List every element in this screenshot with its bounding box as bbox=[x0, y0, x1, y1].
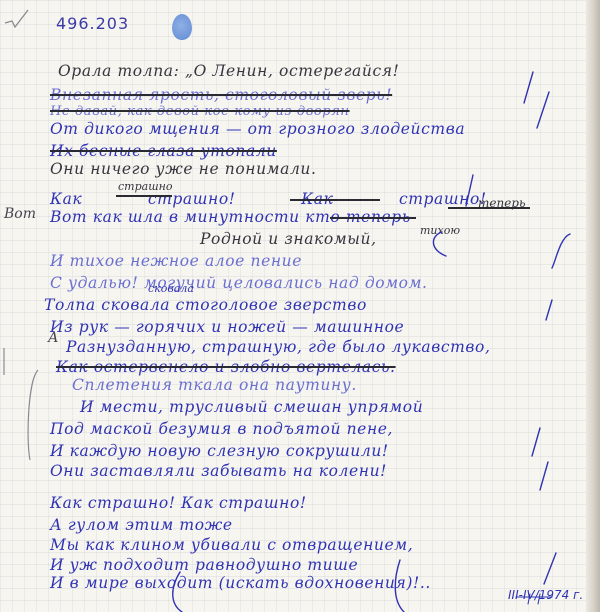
ink-blot bbox=[172, 14, 192, 40]
manuscript-line: И в мире выходит (искать вдохновения)!.. bbox=[50, 574, 431, 592]
notebook-binding-edge bbox=[586, 0, 600, 612]
manuscript-line: И мести, трусливый смешан упрямой bbox=[80, 398, 423, 416]
manuscript-line: С удалью! могучий целовались над домом. bbox=[50, 274, 428, 292]
manuscript-line: Из рук — горячих и ножей — машинное bbox=[50, 318, 404, 336]
manuscript-line: И каждую новую слезную сокрушили! bbox=[50, 442, 389, 460]
manuscript-date: III-IV/1974 г. bbox=[508, 588, 583, 602]
manuscript-line-struck: Как остервенело и злобно вертелась. bbox=[56, 358, 396, 376]
manuscript-line: Они ничего уже не понимали. bbox=[50, 160, 317, 178]
manuscript-line: И уж подходит равнодушно тише bbox=[50, 556, 358, 574]
manuscript-line-struck: Не давай, как девой кое-кому из дворян bbox=[50, 104, 350, 119]
manuscript-line: От дикого мщения — от грозного злодейств… bbox=[50, 120, 465, 138]
manuscript-line-struck: Их бесные глаза утопали bbox=[50, 142, 277, 160]
manuscript-line: Мы как клином убивали с отвращением, bbox=[50, 536, 413, 554]
manuscript-line: Как страшно! Как страшно! bbox=[50, 494, 307, 512]
reference-number: 496.203 bbox=[56, 14, 129, 33]
manuscript-line: А гулом этим тоже bbox=[50, 516, 233, 534]
manuscript-line: И тихое нежное алое пение bbox=[50, 252, 302, 270]
manuscript-line: Разнузданную, страшную, где было лукавст… bbox=[66, 338, 491, 356]
margin-note: Вот bbox=[4, 206, 36, 222]
manuscript-page: 496.203 Орала толпа: „О Ленин, остерегай… bbox=[0, 0, 600, 612]
manuscript-line: Орала толпа: „О Ленин, остерегайся! bbox=[58, 62, 399, 80]
manuscript-line: Сплетения ткала она паутину. bbox=[72, 376, 357, 394]
manuscript-insert: теперь bbox=[478, 196, 526, 210]
manuscript-line: Вот как шла в минутности кто теперь bbox=[50, 208, 411, 226]
manuscript-insert: сковала bbox=[148, 282, 194, 295]
manuscript-line: Под маской безумия в подъятой пене, bbox=[50, 420, 393, 438]
check-mark-icon bbox=[4, 8, 30, 30]
manuscript-line: Родной и знакомый, bbox=[200, 230, 377, 248]
manuscript-line: Как страшно! Как страшно! bbox=[50, 190, 487, 208]
manuscript-line: Толпа сковала стоголовое зверство bbox=[44, 296, 367, 314]
manuscript-line: Они заставляли забывать на колени! bbox=[50, 462, 387, 480]
manuscript-insert: тихою bbox=[420, 224, 460, 237]
margin-note: А bbox=[48, 330, 59, 346]
manuscript-line-struck: Внезапная ярость, стоголовый зверь! bbox=[50, 86, 392, 104]
